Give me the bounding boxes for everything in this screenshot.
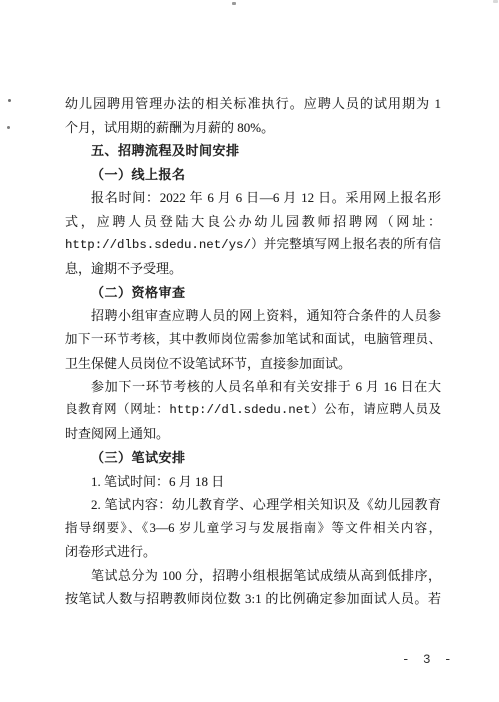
- scan-speck: [8, 99, 11, 102]
- text-line: 指导纲要》、《3—6 岁儿童学习与发展指南》等文件相关内容，: [65, 517, 441, 541]
- scan-speck: [493, 0, 498, 3]
- text-line: 加下一环节考核，其中教师岗位需参加笔试和面试，电脑管理员、: [65, 328, 441, 352]
- text-line: 按笔试人数与招聘教师岗位数 3:1 的比例确定参加面试人员。若: [65, 587, 441, 611]
- text-line: 笔试总分为 100 分，招聘小组根据笔试成绩从高到低排序，: [65, 564, 441, 588]
- text-line: 卫生保健人员岗位不设笔试环节，直接参加面试。: [65, 352, 441, 376]
- text-line: 报名时间：2022 年 6 月 6 日—6 月 12 日。采用网上报名形: [65, 186, 441, 210]
- scanned-document-page: 幼儿园聘用管理办法的相关标准执行。应聘人员的试用期为 1 个月，试用期的薪酬为月…: [0, 0, 499, 702]
- heading-online-registration: （一）线上报名: [65, 163, 441, 187]
- text-line: 闭卷形式进行。: [65, 540, 441, 564]
- text-line-exam-date: 1. 笔试时间：6 月 18 日: [65, 470, 441, 494]
- text-line: 招聘小组审查应聘人员的网上资料，通知符合条件的人员参: [65, 304, 441, 328]
- text-line: 幼儿园聘用管理办法的相关标准执行。应聘人员的试用期为 1: [65, 92, 441, 116]
- text-line: 个月，试用期的薪酬为月薪的 80%。: [65, 116, 441, 140]
- text-line: 式，应聘人员登陆大良公办幼儿园教师招聘网（网址：: [65, 210, 441, 234]
- heading-qualification-review: （二）资格审查: [65, 281, 441, 305]
- scan-speck: [232, 2, 236, 5]
- text-line: 息，逾期不予受理。: [65, 257, 441, 281]
- scan-speck: [7, 126, 10, 129]
- heading-section-5: 五、招聘流程及时间安排: [65, 139, 441, 163]
- heading-written-exam: （三）笔试安排: [65, 446, 441, 470]
- text-line-notice-url: 良教育网（网址：http://dl.sdedu.net）公布，请应聘人员及: [65, 399, 441, 423]
- page-number: - 3 -: [402, 653, 455, 667]
- text-line: 2. 笔试内容：幼儿教育学、心理学相关知识及《幼儿园教育: [65, 493, 441, 517]
- text-line-registration-url: http://dlbs.sdedu.net/ys/）并完整填写网上报名表的所有信: [65, 234, 441, 258]
- text-line: 参加下一环节考核的人员名单和有关安排于 6 月 16 日在大: [65, 375, 441, 399]
- document-body: 幼儿园聘用管理办法的相关标准执行。应聘人员的试用期为 1 个月，试用期的薪酬为月…: [65, 92, 441, 611]
- text-line: 时查阅网上通知。: [65, 422, 441, 446]
